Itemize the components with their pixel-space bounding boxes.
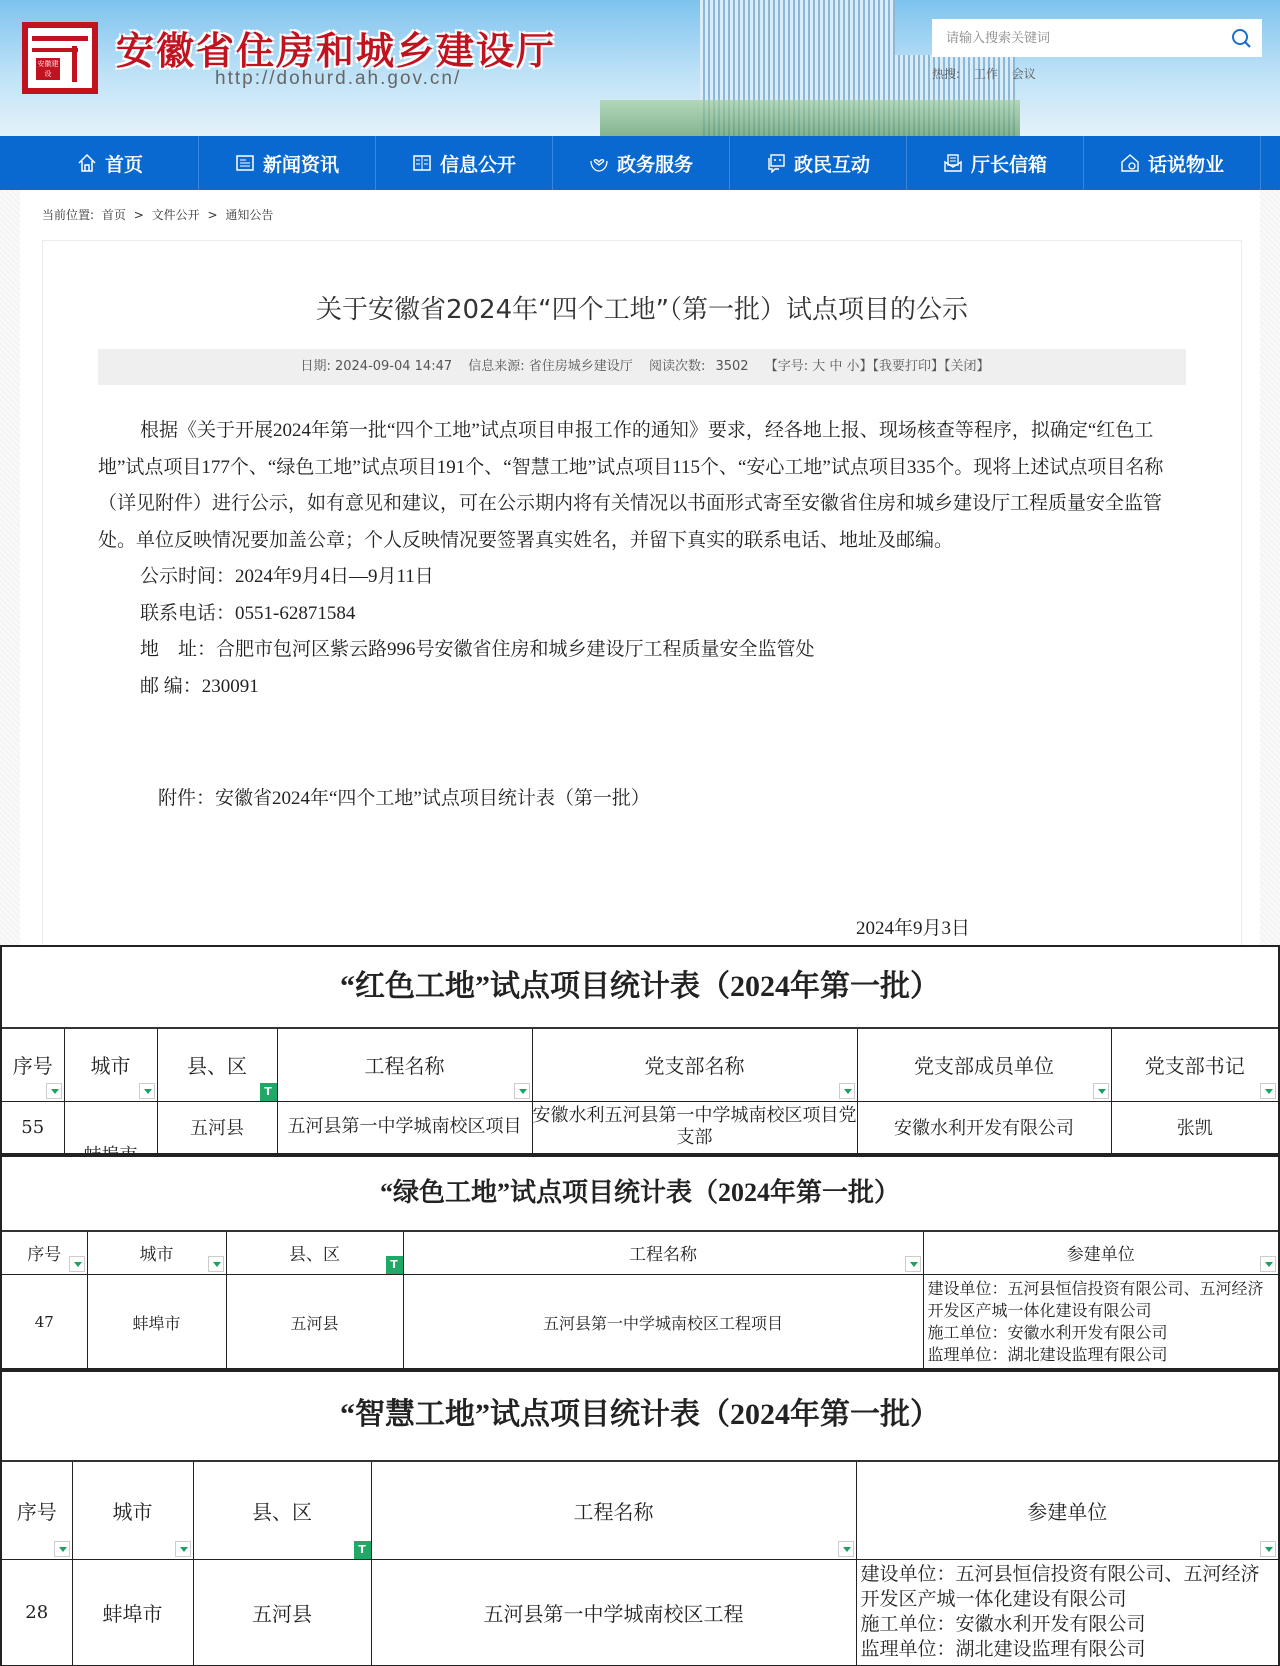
trees-illustration [600,100,1020,136]
breadcrumb-item-home[interactable]: 首页 [102,208,126,222]
site-logo[interactable]: 安徽建设 [22,22,98,94]
cell-project: 五河县第一中学城南校区项目 [277,1101,532,1153]
unit-builder: 建设单位：五河县恒信投资有限公司、五河经济开发区产城一体化建设有限公司 [861,1562,1279,1612]
table-title: “绿色工地”试点项目统计表（2024年第一批） [2,1157,1278,1232]
article-paragraph: 根据《关于开展2024年第一批“四个工地”试点项目申报工作的通知》要求，经各地上… [98,413,1188,559]
breadcrumb: 当前位置: 首页 > 文件公开 > 通知公告 [42,206,277,223]
filter-dropdown-icon[interactable] [69,1256,85,1272]
filter-dropdown-icon[interactable] [838,1541,854,1557]
article-body: 根据《关于开展2024年第一批“四个工地”试点项目申报工作的通知》要求，经各地上… [98,413,1188,705]
cell-branch: 安徽水利五河县第一中学城南校区项目党支部 [532,1101,857,1153]
col-header-county: 县、区T [226,1232,403,1274]
site-url: http://dohurd.ah.gov.cn/ [215,68,461,90]
cell-city: 蚌埠市 [87,1274,226,1370]
nav-label: 政民互动 [794,150,870,177]
col-header-county: 县、区T [193,1462,371,1559]
col-header-branch: 党支部名称 [532,1029,857,1101]
site-header: 安徽建设 安徽省住房和城乡建设厅 http://dohurd.ah.gov.cn… [0,0,1280,136]
filter-dropdown-icon[interactable] [1093,1083,1109,1099]
print-button[interactable]: 【我要打印】 [872,359,944,374]
article-source: 信息来源: 省住房城乡建设厅 [468,359,633,374]
filter-active-icon[interactable]: T [354,1541,371,1559]
breadcrumb-item-notices[interactable]: 通知公告 [225,208,273,222]
heart-hands-icon [589,153,609,173]
cell-project: 五河县第一中学城南校区工程 [371,1559,856,1665]
nav-label: 政务服务 [617,150,693,177]
filter-active-icon[interactable]: T [260,1083,277,1101]
cell-secretary: 张凯 [1111,1101,1278,1153]
page-side-pattern [0,190,20,950]
views-label: 阅读次数: [649,359,705,374]
cell-county: 五河县 [193,1559,371,1665]
article-date: 日期: 2024-09-04 14:47 [300,359,452,374]
cell-member-unit: 安徽水利开发有限公司 [857,1101,1111,1153]
contact-phone: 联系电话：0551-62871584 [98,596,1188,633]
nav-item-news[interactable]: 新闻资讯 [199,136,376,190]
col-header-city: 城市 [64,1029,157,1101]
nav-item-mailbox[interactable]: 厅长信箱 [907,136,1084,190]
breadcrumb-separator: > [134,208,144,222]
table-row: 28 蚌埠市 五河县 五河县第一中学城南校区工程 建设单位：五河县恒信投资有限公… [2,1559,1278,1665]
unit-contractor: 施工单位：安徽水利开发有限公司 [861,1612,1279,1637]
hot-term[interactable]: 会议 [1012,67,1036,81]
col-header-index: 序号 [2,1029,64,1101]
filter-dropdown-icon[interactable] [1260,1541,1276,1557]
col-header-project: 工程名称 [277,1029,532,1101]
nav-label: 首页 [105,150,143,177]
breadcrumb-separator: > [207,208,217,222]
cell-city: 蚌埠市 [72,1559,193,1665]
col-header-index: 序号 [2,1462,72,1559]
cell-county: 五河县 [157,1101,277,1153]
filter-dropdown-icon[interactable] [208,1256,224,1272]
col-header-project: 工程名称 [403,1232,923,1274]
filter-dropdown-icon[interactable] [839,1083,855,1099]
nav-item-home[interactable]: 首页 [22,136,199,190]
filter-dropdown-icon[interactable] [139,1083,155,1099]
contact-address: 地 址：合肥市包河区紫云路996号安徽省住房和城乡建设厅工程质量安全监管处 [98,632,1188,669]
breadcrumb-prefix: 当前位置: [42,208,94,222]
cell-index: 28 [2,1559,72,1665]
col-header-city: 城市 [72,1462,193,1559]
nav-label: 厅长信箱 [971,150,1047,177]
red-site-table: “红色工地”试点项目统计表（2024年第一批） 序号 城市 县、区T 工程名称 … [0,945,1280,1155]
breadcrumb-item-docs[interactable]: 文件公开 [152,208,200,222]
col-header-project: 工程名称 [371,1462,856,1559]
article-title: 关于安徽省2024年“四个工地”（第一批）试点项目的公示 [43,289,1241,326]
nav-item-interaction[interactable]: 政民互动 [730,136,907,190]
nav-item-property[interactable]: 话说物业 [1084,136,1261,190]
nav-label: 信息公开 [440,150,516,177]
filter-dropdown-icon[interactable] [1260,1083,1276,1099]
unit-supervisor: 监理单位：湖北建设监理有限公司 [861,1637,1279,1662]
article-meta: 日期: 2024-09-04 14:47 信息来源: 省住房城乡建设厅 阅读次数… [98,349,1186,385]
filter-dropdown-icon[interactable] [905,1256,921,1272]
main-nav: 首页 新闻资讯 信息公开 政务服务 政民互动 厅长信箱 话说物业 [0,136,1280,190]
col-header-county: 县、区T [157,1029,277,1101]
newspaper-icon [235,153,255,173]
nav-label: 新闻资讯 [263,150,339,177]
cell-project: 五河县第一中学城南校区工程项目 [403,1274,923,1370]
filter-active-icon[interactable]: T [386,1256,403,1274]
sign-date: 2024年9月3日 [856,913,970,940]
filter-dropdown-icon[interactable] [46,1083,62,1099]
hot-search: 热搜: 工作 会议 [932,65,1046,82]
unit-supervisor: 监理单位：湖北建设监理有限公司 [928,1344,1279,1366]
unit-contractor: 施工单位：安徽水利开发有限公司 [928,1322,1279,1344]
article: 关于安徽省2024年“四个工地”（第一批）试点项目的公示 日期: 2024-09… [42,240,1242,960]
col-header-units: 参建单位 [923,1232,1278,1274]
attachment-link[interactable]: 附件：安徽省2024年“四个工地”试点项目统计表（第一批） [158,783,650,810]
col-header-member-unit: 党支部成员单位 [857,1029,1111,1101]
table-row: 55 蚌埠市 五河县 五河县第一中学城南校区项目 安徽水利五河县第一中学城南校区… [2,1101,1278,1153]
logo-seal: 安徽建设 [36,58,60,80]
close-button[interactable]: 【关闭】 [944,359,990,374]
search-input[interactable] [932,19,1212,57]
green-site-table: “绿色工地”试点项目统计表（2024年第一批） 序号 城市 县、区T 工程名称 … [0,1155,1280,1370]
cell-units: 建设单位：五河县恒信投资有限公司、五河经济开发区产城一体化建设有限公司 施工单位… [923,1274,1278,1370]
col-header-city: 城市 [87,1232,226,1274]
search-icon[interactable] [1230,27,1252,49]
table-row: 47 蚌埠市 五河县 五河县第一中学城南校区工程项目 建设单位：五河县恒信投资有… [2,1274,1278,1370]
views-count: 3502 [715,359,748,374]
hot-search-label: 热搜: [932,67,960,81]
nav-item-services[interactable]: 政务服务 [553,136,730,190]
search-box [932,19,1262,57]
book-icon [412,153,432,173]
nav-label: 话说物业 [1148,150,1224,177]
cell-county: 五河县 [226,1274,403,1370]
font-size-control[interactable]: 【字号: 大 中 小】 [765,359,873,374]
cell-index: 55 [2,1101,64,1153]
col-header-index: 序号 [2,1232,87,1274]
home-icon [77,153,97,173]
nav-item-info[interactable]: 信息公开 [376,136,553,190]
page-side-pattern [1260,190,1280,950]
cell-index: 47 [2,1274,87,1370]
mailbox-icon [943,153,963,173]
publicity-period: 公示时间：2024年9月4日—9月11日 [98,559,1188,596]
table-title: “红色工地”试点项目统计表（2024年第一批） [2,947,1278,1029]
table-title: “智慧工地”试点项目统计表（2024年第一批） [2,1372,1278,1462]
filter-dropdown-icon[interactable] [175,1541,191,1557]
chat-icon [766,153,786,173]
site-title[interactable]: 安徽省住房和城乡建设厅 [116,20,556,75]
house-gear-icon [1120,153,1140,173]
col-header-secretary: 党支部书记 [1111,1029,1278,1101]
smart-site-table: “智慧工地”试点项目统计表（2024年第一批） 序号 城市 县、区T 工程名称 … [0,1370,1280,1666]
unit-builder: 建设单位：五河县恒信投资有限公司、五河经济开发区产城一体化建设有限公司 [928,1278,1279,1322]
hot-term[interactable]: 工作 [974,67,998,81]
col-header-units: 参建单位 [856,1462,1278,1559]
filter-dropdown-icon[interactable] [54,1541,70,1557]
cell-units: 建设单位：五河县恒信投资有限公司、五河经济开发区产城一体化建设有限公司 施工单位… [856,1559,1278,1665]
postcode: 邮 编：230091 [98,669,1188,706]
filter-dropdown-icon[interactable] [1260,1256,1276,1272]
cell-city: 蚌埠市 [64,1101,157,1153]
filter-dropdown-icon[interactable] [514,1083,530,1099]
